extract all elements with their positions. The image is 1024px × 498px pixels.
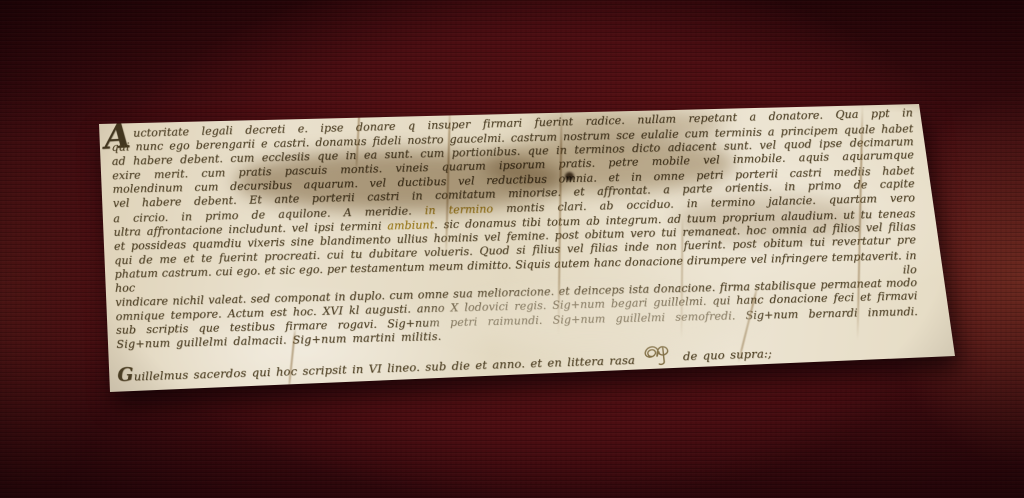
manuscript-text: A uctoritate legali decreti e. ipse dona… [111,107,918,352]
velvet-background: A uctoritate legali decreti e. ipse dona… [0,0,1024,498]
parchment: A uctoritate legali decreti e. ipse dona… [95,98,960,398]
highlighted-words: ambiunt [387,218,434,232]
notary-sign-icon [642,343,675,368]
colophon-postscript: de quo supra:; [683,346,772,363]
colophon-text: Guillelmus sacerdos qui hoc scripsit in … [117,347,635,386]
parchment-shadow: A uctoritate legali decreti e. ipse dona… [95,98,960,398]
highlighted-words: in termino [425,202,494,217]
